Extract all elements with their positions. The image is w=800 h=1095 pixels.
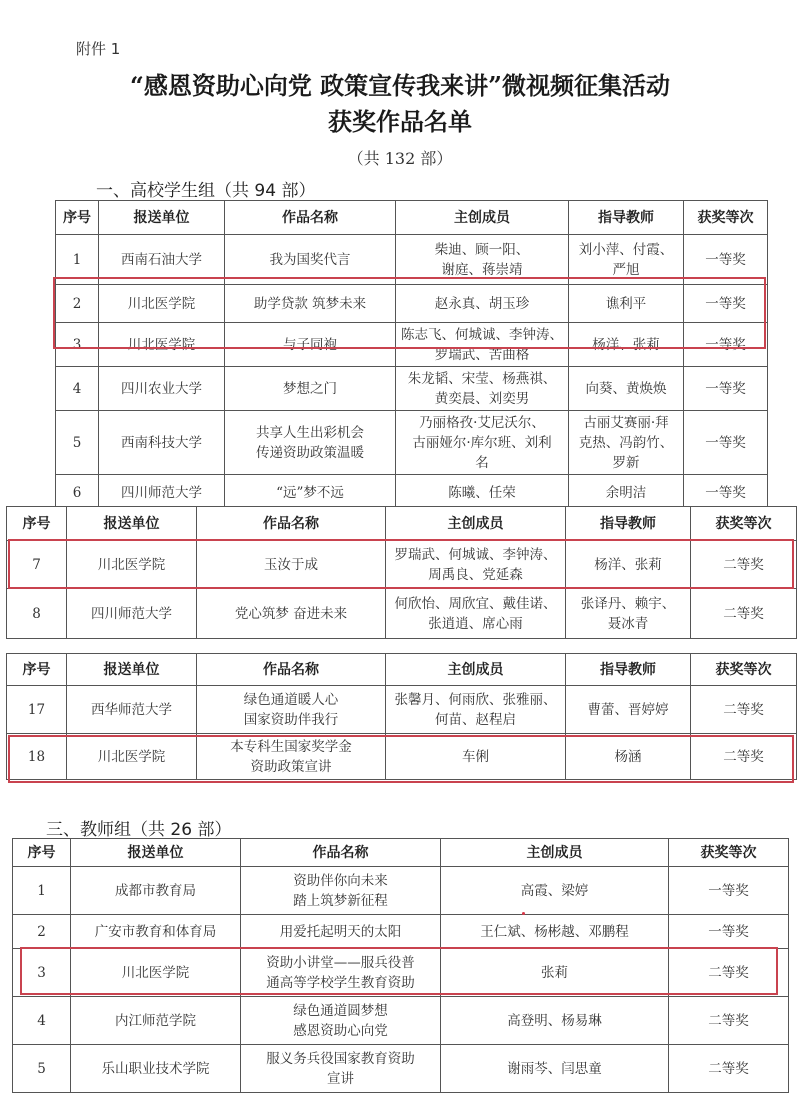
cell-members: 柴迪、顾一阳、谢庭、蒋崇靖 — [396, 235, 569, 285]
table-row: 1成都市教育局资助伴你向未来踏上筑梦新征程高霞、梁婷一等奖 — [13, 867, 789, 915]
cell-members: 车俐 — [386, 734, 566, 780]
cell-award: 二等奖 — [691, 686, 797, 734]
table-row: 5乐山职业技术学院服义务兵役国家教育资助宣讲谢雨芩、闫思童二等奖 — [13, 1045, 789, 1093]
header-work: 作品名称 — [197, 654, 386, 686]
table-row: 2川北医学院助学贷款 筑梦未来赵永真、胡玉珍谯利平一等奖 — [56, 285, 768, 323]
cell-no: 1 — [13, 867, 71, 915]
cell-award: 二等奖 — [669, 997, 789, 1045]
cell-unit: 四川农业大学 — [99, 367, 225, 411]
table-row: 2广安市教育和体育局用爱托起明天的太阳王仁斌、杨彬越、邓鹏程一等奖 — [13, 915, 789, 949]
cell-unit: 成都市教育局 — [71, 867, 241, 915]
cell-members: 高霞、梁婷 — [441, 867, 669, 915]
header-unit: 报送单位 — [99, 201, 225, 235]
cell-unit: 川北医学院 — [71, 949, 241, 997]
cell-award: 一等奖 — [684, 285, 768, 323]
red-dot-mark — [522, 912, 525, 915]
cell-unit: 川北医学院 — [99, 285, 225, 323]
cell-unit: 川北医学院 — [67, 734, 197, 780]
cell-teacher: 向葵、黄焕焕 — [569, 367, 684, 411]
cell-teacher: 谯利平 — [569, 285, 684, 323]
cell-no: 3 — [13, 949, 71, 997]
table-row: 3川北医学院与子同袍陈志飞、何城诚、李钟涛、罗瑞武、苦曲格杨洋、张莉一等奖 — [56, 323, 768, 367]
cell-award: 二等奖 — [691, 541, 797, 589]
cell-members: 赵永真、胡玉珍 — [396, 285, 569, 323]
table-row: 18川北医学院本专科生国家奖学金资助政策宣讲车俐杨涵二等奖 — [7, 734, 797, 780]
cell-award: 一等奖 — [669, 867, 789, 915]
cell-unit: 内江师范学院 — [71, 997, 241, 1045]
table-row: 4四川农业大学梦想之门朱龙韬、宋莹、杨燕祺、黄奕晨、刘奕男向葵、黄焕焕一等奖 — [56, 367, 768, 411]
cell-no: 8 — [7, 589, 67, 639]
header-members: 主创成员 — [386, 507, 566, 541]
student-award-table-part1: 序号 报送单位 作品名称 主创成员 指导教师 获奖等次 1西南石油大学我为国奖代… — [55, 200, 768, 511]
header-no: 序号 — [7, 654, 67, 686]
cell-work: 玉汝于成 — [197, 541, 386, 589]
cell-members: 罗瑞武、何城诚、李钟涛、周禹良、党延森 — [386, 541, 566, 589]
cell-award: 二等奖 — [669, 1045, 789, 1093]
cell-members: 王仁斌、杨彬越、邓鹏程 — [441, 915, 669, 949]
cell-unit: 川北医学院 — [99, 323, 225, 367]
cell-no: 3 — [56, 323, 99, 367]
cell-unit: 广安市教育和体育局 — [71, 915, 241, 949]
header-members: 主创成员 — [396, 201, 569, 235]
header-teacher: 指导教师 — [566, 654, 691, 686]
cell-members: 何欣怡、周欣宜、戴佳诺、张逍逍、席心雨 — [386, 589, 566, 639]
cell-work: 共享人生出彩机会传递资助政策温暖 — [225, 411, 396, 475]
header-no: 序号 — [13, 839, 71, 867]
cell-work: 绿色通道暖人心国家资助伴我行 — [197, 686, 386, 734]
header-members: 主创成员 — [386, 654, 566, 686]
cell-no: 5 — [13, 1045, 71, 1093]
cell-work: 资助小讲堂——服兵役普通高等学校学生教育资助 — [241, 949, 441, 997]
cell-no: 4 — [13, 997, 71, 1045]
cell-work: 与子同袍 — [225, 323, 396, 367]
cell-teacher: 曹蕾、晋婷婷 — [566, 686, 691, 734]
cell-unit: 乐山职业技术学院 — [71, 1045, 241, 1093]
cell-award: 二等奖 — [691, 589, 797, 639]
cell-no: 5 — [56, 411, 99, 475]
table-header-row: 序号 报送单位 作品名称 主创成员 指导教师 获奖等次 — [7, 507, 797, 541]
cell-work: 用爱托起明天的太阳 — [241, 915, 441, 949]
header-award: 获奖等次 — [669, 839, 789, 867]
cell-unit: 四川师范大学 — [67, 589, 197, 639]
cell-award: 一等奖 — [684, 367, 768, 411]
cell-unit: 西南科技大学 — [99, 411, 225, 475]
cell-no: 2 — [13, 915, 71, 949]
cell-teacher: 杨涵 — [566, 734, 691, 780]
cell-teacher: 杨洋、张莉 — [569, 323, 684, 367]
header-no: 序号 — [56, 201, 99, 235]
cell-no: 18 — [7, 734, 67, 780]
cell-members: 乃丽格孜·艾尼沃尔、古丽娅尔·库尔班、刘利名 — [396, 411, 569, 475]
cell-unit: 西南石油大学 — [99, 235, 225, 285]
cell-work: 梦想之门 — [225, 367, 396, 411]
cell-work: 本专科生国家奖学金资助政策宣讲 — [197, 734, 386, 780]
cell-members: 张莉 — [441, 949, 669, 997]
section-title-teacher: 三、教师组（共 26 部） — [46, 815, 231, 840]
table-header-row: 序号 报送单位 作品名称 主创成员 指导教师 获奖等次 — [56, 201, 768, 235]
page-crop-gap — [0, 640, 800, 654]
cell-award: 二等奖 — [691, 734, 797, 780]
student-award-table-part3: 序号 报送单位 作品名称 主创成员 指导教师 获奖等次 17西华师范大学绿色通道… — [6, 653, 797, 780]
cell-work: 我为国奖代言 — [225, 235, 396, 285]
header-members: 主创成员 — [441, 839, 669, 867]
cell-teacher: 杨洋、张莉 — [566, 541, 691, 589]
cell-members: 朱龙韬、宋莹、杨燕祺、黄奕晨、刘奕男 — [396, 367, 569, 411]
table-row: 3川北医学院资助小讲堂——服兵役普通高等学校学生教育资助张莉二等奖 — [13, 949, 789, 997]
cell-no: 17 — [7, 686, 67, 734]
table-row: 17西华师范大学绿色通道暖人心国家资助伴我行张馨月、何雨欣、张雅丽、何苗、赵程启… — [7, 686, 797, 734]
header-no: 序号 — [7, 507, 67, 541]
cell-no: 2 — [56, 285, 99, 323]
cell-teacher: 张译丹、赖宇、聂冰青 — [566, 589, 691, 639]
table-row: 8四川师范大学党心筑梦 奋进未来何欣怡、周欣宜、戴佳诺、张逍逍、席心雨张译丹、赖… — [7, 589, 797, 639]
cell-work: 资助伴你向未来踏上筑梦新征程 — [241, 867, 441, 915]
cell-no: 7 — [7, 541, 67, 589]
total-count: （共 132 部） — [0, 146, 800, 169]
cell-work: 助学贷款 筑梦未来 — [225, 285, 396, 323]
header-award: 获奖等次 — [691, 507, 797, 541]
cell-teacher: 古丽艾赛丽·拜克热、冯韵竹、罗新 — [569, 411, 684, 475]
header-award: 获奖等次 — [691, 654, 797, 686]
table-row: 4内江师范学院绿色通道圆梦想感恩资助心向党高登明、杨易琳二等奖 — [13, 997, 789, 1045]
cell-award: 一等奖 — [684, 323, 768, 367]
cell-members: 谢雨芩、闫思童 — [441, 1045, 669, 1093]
header-unit: 报送单位 — [67, 654, 197, 686]
cell-teacher: 刘小萍、付霞、严旭 — [569, 235, 684, 285]
cell-work: 党心筑梦 奋进未来 — [197, 589, 386, 639]
table-row: 1西南石油大学我为国奖代言柴迪、顾一阳、谢庭、蒋崇靖刘小萍、付霞、严旭一等奖 — [56, 235, 768, 285]
table-header-row: 序号 报送单位 作品名称 主创成员 获奖等次 — [13, 839, 789, 867]
cell-no: 4 — [56, 367, 99, 411]
cell-work: 绿色通道圆梦想感恩资助心向党 — [241, 997, 441, 1045]
header-teacher: 指导教师 — [569, 201, 684, 235]
cell-members: 陈志飞、何城诚、李钟涛、罗瑞武、苦曲格 — [396, 323, 569, 367]
document-subtitle: 获奖作品名单 — [0, 102, 800, 137]
cell-members: 张馨月、何雨欣、张雅丽、何苗、赵程启 — [386, 686, 566, 734]
header-unit: 报送单位 — [67, 507, 197, 541]
cell-award: 一等奖 — [684, 235, 768, 285]
cell-award: 一等奖 — [684, 411, 768, 475]
cell-unit: 川北医学院 — [67, 541, 197, 589]
cell-no: 1 — [56, 235, 99, 285]
header-unit: 报送单位 — [71, 839, 241, 867]
table-header-row: 序号 报送单位 作品名称 主创成员 指导教师 获奖等次 — [7, 654, 797, 686]
student-award-table-part2: 序号 报送单位 作品名称 主创成员 指导教师 获奖等次 7川北医学院玉汝于成罗瑞… — [6, 506, 797, 639]
header-work: 作品名称 — [241, 839, 441, 867]
header-work: 作品名称 — [197, 507, 386, 541]
table-row: 7川北医学院玉汝于成罗瑞武、何城诚、李钟涛、周禹良、党延森杨洋、张莉二等奖 — [7, 541, 797, 589]
cell-unit: 西华师范大学 — [67, 686, 197, 734]
document-title: “感恩资助心向党 政策宣传我来讲”微视频征集活动 — [0, 66, 800, 101]
cell-award: 二等奖 — [669, 949, 789, 997]
cell-work: 服义务兵役国家教育资助宣讲 — [241, 1045, 441, 1093]
header-teacher: 指导教师 — [566, 507, 691, 541]
header-award: 获奖等次 — [684, 201, 768, 235]
cell-award: 一等奖 — [669, 915, 789, 949]
table-row: 5西南科技大学共享人生出彩机会传递资助政策温暖乃丽格孜·艾尼沃尔、古丽娅尔·库尔… — [56, 411, 768, 475]
section-title-student: 一、高校学生组（共 94 部） — [96, 176, 315, 201]
teacher-award-table: 序号 报送单位 作品名称 主创成员 获奖等次 1成都市教育局资助伴你向未来踏上筑… — [12, 838, 789, 1093]
cell-members: 高登明、杨易琳 — [441, 997, 669, 1045]
header-work: 作品名称 — [225, 201, 396, 235]
attachment-label: 附件 1 — [76, 38, 120, 59]
